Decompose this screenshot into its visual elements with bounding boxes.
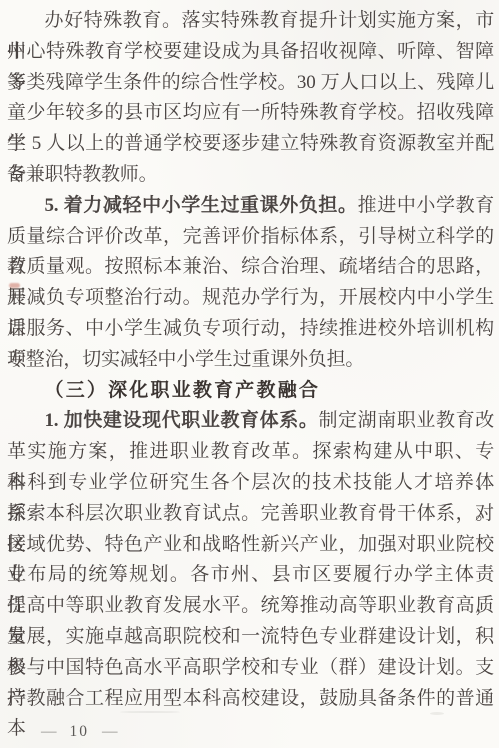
section-heading: （三）深化职业教育产教融合 [7,376,494,407]
text-segment: 专兼职特教教师。 [7,164,157,185]
text-line: 革实施方案，推进职业教育改革。探索构建从中职、专科、 [7,437,494,468]
page-number: 10 [70,723,90,741]
text-line: 参与中国特色高水平高职学校和专业（群）建设计划。支持 [7,653,494,684]
text-line: 5. 着力减轻中小学生过重课外负担。推进中小学教育 [7,191,494,222]
text-line: 1. 加快建设现代职业教育体系。制定湖南职业教育改 [7,406,494,437]
text-segment: 项整治，切实减轻中小学生过重课外负担。 [7,349,364,370]
text-line: 办好特殊教育。落实特殊教育提升计划实施方案，市州 [7,6,494,37]
page-footer: — 10 — [41,723,118,741]
footer-dash-right: — [102,723,118,741]
text-line: 业布局的统筹规划。各市州、县市区要履行办学主体责任， [7,560,494,591]
red-pen-mark [9,283,20,288]
text-line: 本科到专业学位研究生各个层次的技术技能人才培养体系。 [7,468,494,499]
text-line: 项整治，切实减轻中小学生过重课外负担。 [7,345,494,376]
text-segment: 推进中小学教育 [358,195,494,216]
text-line: 区域优势、特色产业和战略性新兴产业，加强对职业院校专 [7,530,494,561]
text-line: 中心特殊教育学校要建设成为具备招收视障、听障、智障等 [7,37,494,68]
text-line: 童少年较多的县市区均应有一所特殊教育学校。招收残障学 [7,98,494,129]
text-line: 发展，实施卓越高职院校和一流特色专业群建设计划，积极 [7,622,494,653]
scan-speck [120,711,180,713]
bold-text-segment: 5. 着力减轻中小学生过重课外负担。 [45,195,358,216]
document-content: 办好特殊教育。落实特殊教育提升计划实施方案，市州中心特殊教育学校要建设成为具备招… [7,6,494,714]
bold-text-segment: （三）深化职业教育产教融合 [45,380,321,401]
footer-dash-left: — [41,723,57,741]
text-line: 提高中等职业教育发展水平。统筹推动高等职业教育高质量 [7,591,494,622]
text-line: 质量综合评价改革，完善评价指标体系，引导树立科学的教 [7,222,494,253]
text-line: 后服务、中小学生减负专项行动，持续推进校外培训机构专 [7,314,494,345]
text-line: 探索本科层次职业教育试点。完善职业教育骨干体系，对接 [7,499,494,530]
text-line: 生 5 人以上的普通学校要逐步建立特殊教育资源教室并配备 [7,129,494,160]
text-segment: 制定湖南职业教育改 [318,410,494,431]
scanned-document-page: 办好特殊教育。落实特殊教育提升计划实施方案，市州中心特殊教育学校要建设成为具备招… [0,0,499,748]
text-line: 产教融合工程应用型本科高校建设，鼓励具备条件的普通本 [7,684,494,715]
scan-speck [430,712,444,715]
text-segment: 多类残障学生条件的综合性学校。30 万人口以上、残障儿 [7,72,494,93]
bold-text-segment: 1. 加快建设现代职业教育体系。 [45,410,319,431]
text-line: 多类残障学生条件的综合性学校。30 万人口以上、残障儿 [7,68,494,99]
text-line: 展减负专项整治行动。规范办学行为，开展校内中小学生课 [7,283,494,314]
text-line: 育质量观。按照标本兼治、综合治理、疏堵结合的思路，开 [7,252,494,283]
text-line: 专兼职特教教师。 [7,160,494,191]
